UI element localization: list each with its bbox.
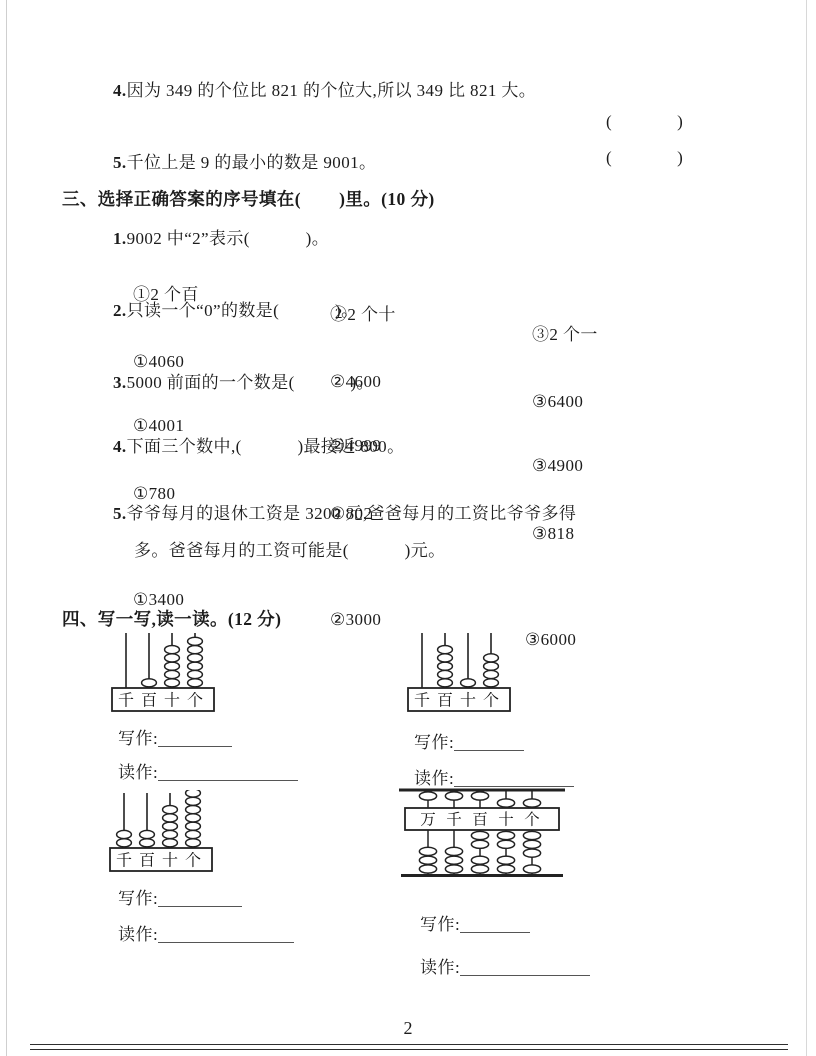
choice-q4-option-3: ③818 (532, 524, 574, 544)
abacus-3-read-blank (158, 928, 294, 943)
svg-text:千: 千 (118, 692, 134, 710)
choice-q5-text-line1: 爷爷每月的退休工资是 3200 元,爸爸每月的工资比爷爷多得 (127, 504, 577, 523)
svg-text:百: 百 (141, 692, 157, 710)
read-label: 读作: (420, 958, 460, 977)
svg-text:百: 百 (139, 852, 155, 870)
judge-item-5-answer-paren: ( ) (606, 148, 683, 168)
worksheet-page: 4.因为 349 的个位比 821 的个位大,所以 349 比 821 大。 (… (0, 0, 816, 1056)
judge-item-5-text: 千位上是 9 的最小的数是 9001。 (127, 153, 377, 172)
abacus-4: 万千百十个 (398, 786, 566, 880)
judge-item-5: 5.千位上是 9 的最小的数是 9001。 (113, 148, 376, 173)
choice-q4-stem: 4.下面三个数中,( )最接近 800。 (113, 432, 404, 457)
write-label: 写作: (118, 729, 158, 748)
write-label: 写作: (414, 733, 454, 752)
abacus-2-write-row: 写作: (414, 728, 524, 753)
choice-q5-option-2: ②3000 (330, 610, 381, 630)
choice-q5-number: 5. (113, 504, 127, 523)
judge-item-5-number: 5. (113, 153, 127, 172)
svg-text:百: 百 (437, 692, 453, 710)
svg-text:千: 千 (414, 692, 430, 710)
choice-q5-option-3: ③6000 (525, 630, 576, 650)
abacus-4-read-row: 读作: (420, 953, 590, 978)
judge-item-4: 4.因为 349 的个位比 821 的个位大,所以 349 比 821 大。 (113, 76, 536, 101)
svg-text:千: 千 (116, 852, 132, 870)
judge-item-4-number: 4. (113, 81, 127, 100)
write-label: 写作: (118, 889, 158, 908)
abacus-2-write-blank (454, 736, 524, 751)
choice-q3-text: 5000 前面的一个数是( )。 (127, 373, 374, 392)
abacus-2: 千百十个 (406, 630, 512, 714)
svg-text:千: 千 (446, 811, 462, 829)
abacus-1-write-row: 写作: (118, 724, 232, 749)
footer-rule (30, 1044, 788, 1050)
abacus-1: 千百十个 (110, 630, 216, 714)
svg-text:个: 个 (524, 811, 540, 829)
abacus-4-write-row: 写作: (420, 910, 530, 935)
abacus-1-write-blank (158, 732, 232, 747)
choice-q3-stem: 3.5000 前面的一个数是( )。 (113, 368, 374, 393)
read-label: 读作: (118, 763, 158, 782)
read-label: 读作: (118, 925, 158, 944)
abacus-4-write-blank (460, 918, 530, 933)
svg-text:十: 十 (164, 692, 180, 710)
choice-q2-text: 只读一个“0”的数是( )。 (127, 301, 359, 320)
choice-q1-number: 1. (113, 229, 127, 248)
svg-text:个: 个 (483, 692, 499, 710)
choice-q1-text: 9002 中“2”表示( )。 (127, 229, 330, 248)
svg-text:十: 十 (460, 692, 476, 710)
abacus-3-write-row: 写作: (118, 884, 242, 909)
choice-section-title: 三、选择正确答案的序号填在( )里。(10 分) (62, 186, 435, 211)
abacus-2-read-blank (454, 772, 574, 787)
abacus-3-read-row: 读作: (118, 920, 294, 945)
svg-text:十: 十 (498, 811, 514, 829)
choice-q4-number: 4. (113, 437, 127, 456)
choice-q4-text: 下面三个数中,( )最接近 800。 (127, 437, 405, 456)
abacus-3-write-blank (158, 892, 242, 907)
write-read-section-title: 四、写一写,读一读。(12 分) (62, 606, 281, 631)
judge-item-4-answer-paren: ( ) (606, 112, 683, 132)
abacus-1-read-row: 读作: (118, 758, 298, 783)
abacus-1-read-blank (158, 766, 298, 781)
abacus-4-read-blank (460, 961, 590, 976)
write-label: 写作: (420, 915, 460, 934)
svg-text:万: 万 (420, 812, 436, 829)
choice-q2-number: 2. (113, 301, 127, 320)
svg-text:百: 百 (472, 811, 488, 829)
page-number: 2 (0, 1018, 816, 1039)
choice-q5-stem-line1: 5.爷爷每月的退休工资是 3200 元,爸爸每月的工资比爷爷多得 (113, 499, 576, 524)
choice-q3-number: 3. (113, 373, 127, 392)
abacus-3: 千百十个 (108, 790, 214, 874)
svg-text:十: 十 (162, 852, 178, 870)
choice-q5-stem-line2: 多。爸爸每月的工资可能是( )元。 (134, 536, 446, 561)
choice-q2-stem: 2.只读一个“0”的数是( )。 (113, 296, 358, 321)
svg-text:个: 个 (187, 692, 203, 710)
svg-text:个: 个 (185, 852, 201, 870)
choice-q1-stem: 1.9002 中“2”表示( )。 (113, 224, 329, 249)
judge-item-4-text: 因为 349 的个位比 821 的个位大,所以 349 比 821 大。 (127, 81, 537, 100)
